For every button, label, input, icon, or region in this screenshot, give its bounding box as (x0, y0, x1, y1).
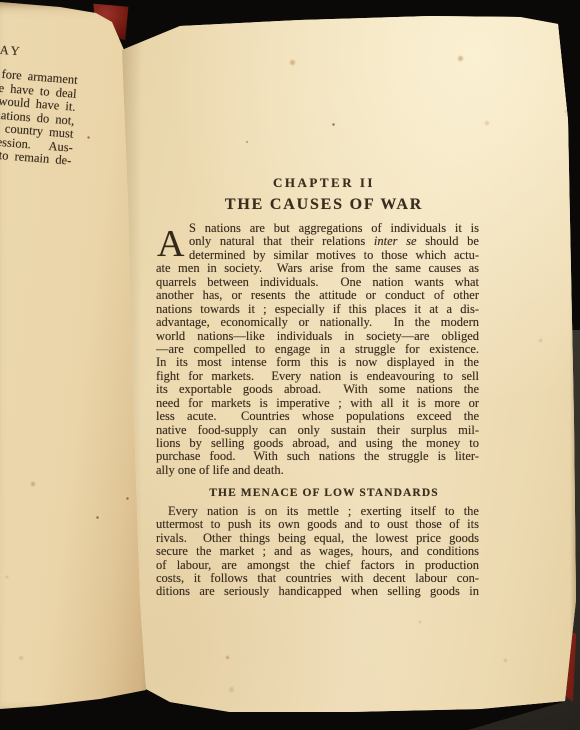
foxing-spot (332, 123, 335, 126)
text-line: need for markets is imperative ; with al… (156, 397, 479, 410)
foxing-spot (418, 620, 422, 624)
right-page-text: CHAPTER II THE CAUSES OF WAR A S nations… (156, 176, 479, 599)
section-heading: THE MENACE OF LOW STANDARDS (169, 488, 479, 500)
text-line: its exportable goods abroad. With some n… (156, 383, 479, 396)
foxing-spot (126, 497, 129, 500)
foxing-spot (503, 658, 508, 663)
foxing-spot (5, 575, 9, 579)
text-line: native food-supply can only sustain thei… (156, 424, 479, 437)
text-line: Every nation is on its mettle ; exerting… (156, 505, 479, 518)
text-line: world nations—like individuals in societ… (156, 330, 479, 343)
text-segment: only natural that their relations (189, 235, 374, 248)
text-line: In its most intense form this is now dis… (156, 356, 479, 369)
chapter-title: THE CAUSES OF WAR (169, 196, 479, 213)
right-page: CHAPTER II THE CAUSES OF WAR A S nations… (112, 14, 578, 716)
foxing-spot (289, 59, 296, 66)
text-line: another has, or resents the attitude or … (156, 289, 479, 302)
text-segment: should be (417, 235, 479, 248)
foxing-spot (96, 516, 99, 519)
text-line: nations towards it ; especially if this … (156, 303, 479, 316)
foxing-spot (18, 655, 24, 661)
foxing-spot (538, 338, 543, 343)
text-line: costs, it follows that countries with de… (156, 572, 479, 585)
text-line: lions by selling goods abroad, and using… (156, 437, 479, 450)
text-line: S nations are but aggregations of indivi… (156, 222, 479, 235)
text-line: ally one of life and death. (156, 464, 479, 477)
text-line: —are compelled to engage in a struggle f… (156, 343, 479, 356)
text-line: purchase food. With such nations the str… (156, 450, 479, 463)
text-line: secure the market ; and as wages, hours,… (156, 545, 479, 558)
book-photo: AY fore armament e have to deal would ha… (0, 0, 580, 730)
text-line: less acute. Countries whose populations … (156, 410, 479, 423)
foxing-spot (225, 655, 230, 660)
text-line: quarrels between individuals. One nation… (156, 276, 479, 289)
opening-paragraph: A S nations are but aggregations of indi… (156, 222, 479, 477)
foxing-spot (87, 136, 90, 139)
text-line: rivals. Other things being equal, the lo… (156, 532, 479, 545)
text-line: fight for markets. Every nation is endea… (156, 370, 479, 383)
drop-cap: A (157, 225, 184, 263)
foxing-spot (246, 141, 248, 143)
left-page-running-head: AY (0, 44, 80, 63)
foxing-spot (564, 109, 569, 114)
text-line: of labour, are amongst the chief factors… (156, 559, 479, 572)
foxing-spot (30, 481, 36, 487)
text-line: ditions are seriously handicapped when s… (156, 585, 479, 598)
chapter-label: CHAPTER II (169, 176, 479, 190)
text-line: only natural that their relations inter … (156, 235, 479, 248)
latin-phrase-italic: inter se (374, 235, 417, 248)
foxing-spot (228, 686, 235, 693)
text-line: advantage, economically or nationally. I… (156, 316, 479, 329)
foxing-spot (457, 55, 464, 62)
second-paragraph: Every nation is on its mettle ; exerting… (156, 505, 479, 599)
text-line: ate men in society. Wars arise from the … (156, 262, 479, 275)
text-line: determined by similar motives to those w… (156, 249, 479, 262)
text-line: uttermost to push its own goods and to o… (156, 518, 479, 531)
foxing-spot (484, 120, 490, 126)
left-page-text-fragment: AY fore armament e have to deal would ha… (0, 44, 80, 168)
